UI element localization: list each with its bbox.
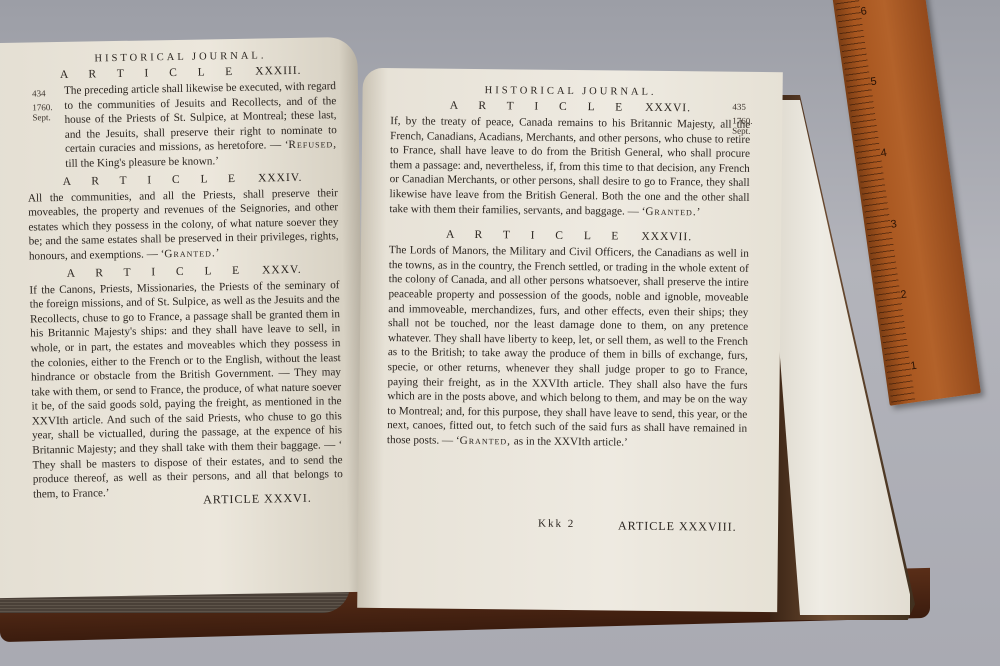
article-number: XXXIV. (258, 171, 303, 184)
article-number: XXXVI. (645, 102, 691, 114)
article-number: XXXIII. (255, 65, 301, 78)
article-body: If, by the treaty of peace, Canada remai… (389, 115, 750, 217)
running-head: HISTORICAL JOURNAL. (25, 49, 335, 65)
article-number: XXXV. (262, 263, 302, 276)
article-label: A R T I C L E (450, 100, 631, 114)
article-text: All the communities, and all the Priests… (28, 186, 339, 264)
article-heading: A R T I C L EXXXIII. (26, 64, 336, 81)
article-label: A R T I C L E (67, 264, 249, 279)
article-text: The Lords of Manors, the Military and Ci… (387, 243, 749, 451)
ruler-number: 2 (900, 287, 921, 302)
running-head: HISTORICAL JOURNAL. (391, 84, 751, 99)
catchword-left: ARTICLE XXXVI. (203, 491, 312, 508)
signature-mark: Kkk 2 (538, 518, 575, 530)
article-number: XXXVII. (641, 231, 692, 244)
ruler-number: 5 (870, 74, 891, 89)
article-label: A R T I C L E (60, 66, 242, 81)
ruler-number: 6 (860, 3, 881, 18)
article-body: If the Canons, Priests, Missionaries, th… (29, 279, 342, 501)
article-tail: as in the XXVIth article.’ (511, 435, 628, 448)
ruler-number: 3 (890, 216, 911, 231)
article-tail: ’ (697, 206, 701, 218)
right-page: 435 1760. Sept. HISTORICAL JOURNAL. A R … (357, 68, 783, 612)
article-response: Refused, (288, 139, 337, 152)
article-tail: till the King's pleasure be known.’ (65, 155, 219, 170)
article-heading: A R T I C L EXXXV. (29, 263, 339, 280)
book-photo: 6 5 4 3 2 1 434 1760. Sept. HISTORICAL J… (0, 0, 1000, 666)
article-response: Granted. (164, 247, 216, 260)
article-response: Granted, (460, 435, 511, 448)
article-text: If, by the treaty of peace, Canada remai… (389, 114, 750, 220)
ruler-number: 4 (880, 145, 901, 160)
article-label: A R T I C L E (446, 229, 627, 243)
article-heading: A R T I C L EXXXVI. (390, 99, 750, 115)
article-text: The preceding article shall likewise be … (26, 79, 337, 172)
article-text: If the Canons, Priests, Missionaries, th… (29, 278, 343, 502)
article-heading: A R T I C L EXXXVII. (389, 228, 749, 244)
article-tail: ’ (216, 247, 220, 259)
left-page: 434 1760. Sept. HISTORICAL JOURNAL. A R … (0, 37, 367, 598)
catchword-right: ARTICLE XXXVIII. (618, 519, 737, 535)
article-response: Granted. (645, 205, 696, 218)
article-label: A R T I C L E (63, 172, 245, 187)
ruler-number: 1 (910, 358, 931, 373)
article-body: The Lords of Manors, the Military and Ci… (387, 244, 749, 446)
